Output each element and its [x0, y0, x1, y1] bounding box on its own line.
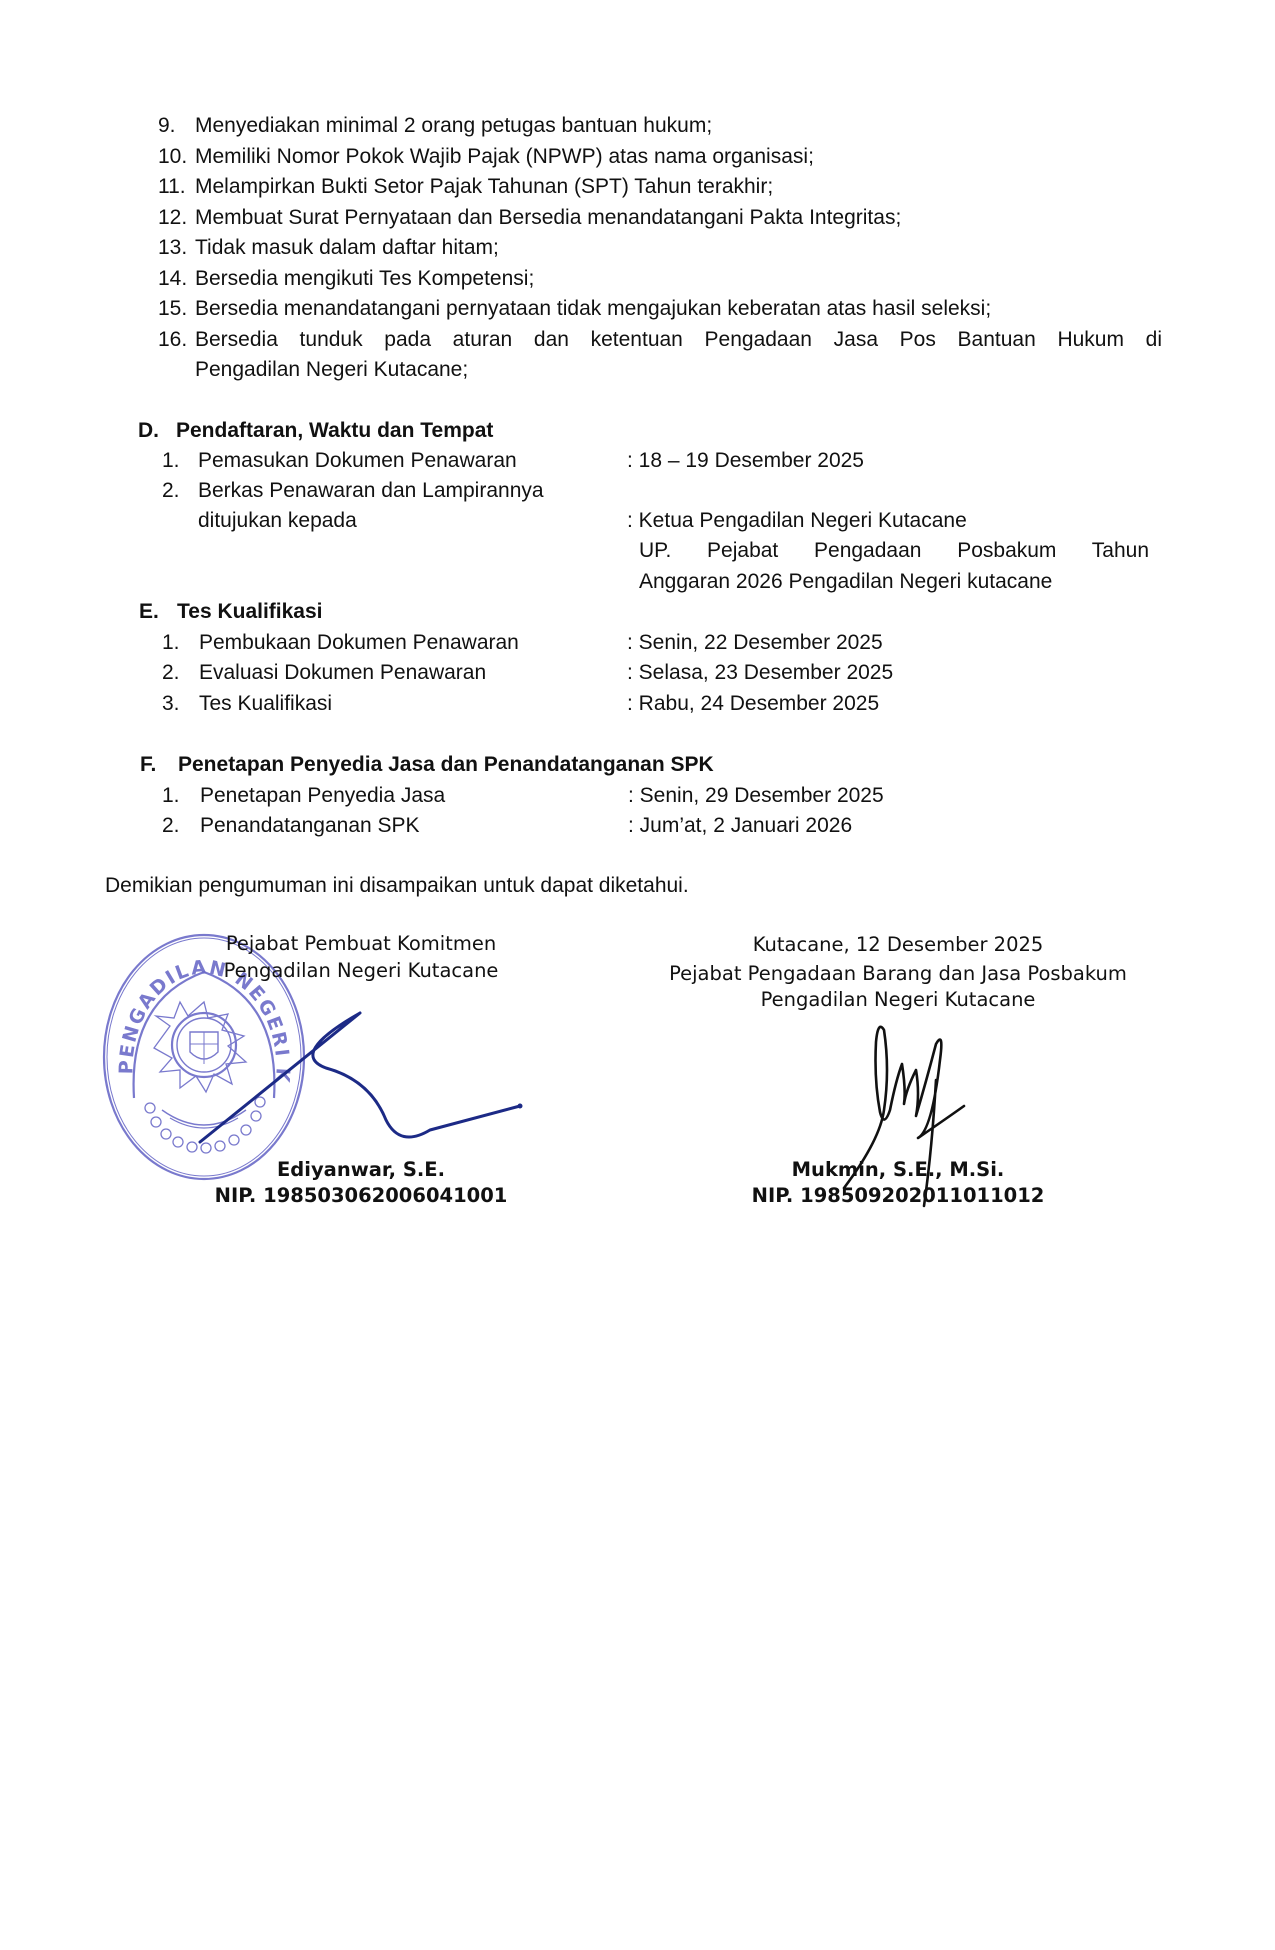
left-signatory-title: Pejabat Pembuat Komitmen [211, 931, 511, 957]
row-value: : Rabu, 24 Desember 2025 [627, 691, 879, 717]
right-signatory-title: Pejabat Pengadaan Barang dan Jasa Posbak… [648, 961, 1148, 987]
row-value: : Senin, 22 Desember 2025 [627, 630, 883, 656]
row-value-line2: UP. Pejabat Pengadaan Posbakum Tahun [639, 538, 1149, 564]
requirement-item-continuation: Pengadilan Negeri Kutacane; [195, 357, 468, 383]
right-signatory-office: Pengadilan Negeri Kutacane [648, 987, 1148, 1013]
left-signatory-nip: NIP. 198503062006041001 [161, 1183, 561, 1209]
row-label: Pemasukan Dokumen Penawaran [198, 448, 517, 474]
row-number: 3. [162, 691, 180, 717]
row-number: 1. [162, 783, 180, 809]
item-number: 16. [158, 327, 187, 353]
requirement-item: Melampirkan Bukti Setor Pajak Tahunan (S… [195, 174, 773, 200]
row-label: Evaluasi Dokumen Penawaran [199, 660, 486, 686]
row-label: Tes Kualifikasi [199, 691, 332, 717]
row-label: Berkas Penawaran dan Lampirannya [198, 478, 544, 504]
item-number: 11. [158, 174, 186, 200]
requirement-item: Bersedia tunduk pada aturan dan ketentua… [195, 327, 1162, 353]
place-and-date: Kutacane, 12 Desember 2025 [648, 932, 1148, 958]
requirement-item: Tidak masuk dalam daftar hitam; [195, 235, 499, 261]
item-number: 9. [158, 113, 176, 139]
row-label-line2: ditujukan kepada [198, 508, 357, 534]
left-signatory-office: Pengadilan Negeri Kutacane [211, 958, 511, 984]
section-letter: F. [140, 752, 156, 778]
row-label: Penandatanganan SPK [200, 813, 420, 839]
section-title: Penetapan Penyedia Jasa dan Penandatanga… [178, 752, 714, 778]
left-signature-icon [180, 1010, 540, 1150]
row-value: : 18 – 19 Desember 2025 [627, 448, 864, 474]
row-label: Penetapan Penyedia Jasa [200, 783, 445, 809]
requirement-item: Bersedia mengikuti Tes Kompetensi; [195, 266, 534, 292]
row-number: 2. [162, 813, 180, 839]
right-signatory-nip: NIP. 198509202011011012 [698, 1183, 1098, 1209]
row-value: : Selasa, 23 Desember 2025 [627, 660, 893, 686]
item-number: 13. [158, 235, 187, 261]
row-number: 1. [162, 630, 180, 656]
item-number: 10. [158, 144, 187, 170]
row-value: : Senin, 29 Desember 2025 [628, 783, 884, 809]
right-signatory-name: Mukmin, S.E., M.Si. [748, 1157, 1048, 1183]
requirement-item: Membuat Surat Pernyataan dan Bersedia me… [195, 205, 901, 231]
row-value-line3: Anggaran 2026 Pengadilan Negeri kutacane [639, 569, 1052, 595]
section-title: Pendaftaran, Waktu dan Tempat [176, 418, 493, 444]
row-value: : Ketua Pengadilan Negeri Kutacane [627, 508, 967, 534]
item-number: 12. [158, 205, 187, 231]
section-title: Tes Kualifikasi [177, 599, 323, 625]
item-number: 14. [158, 266, 187, 292]
closing-statement: Demikian pengumuman ini disampaikan untu… [105, 873, 689, 899]
row-value: : Jum’at, 2 Januari 2026 [628, 813, 852, 839]
requirement-item: Memiliki Nomor Pokok Wajib Pajak (NPWP) … [195, 144, 814, 170]
requirement-item: Menyediakan minimal 2 orang petugas bant… [195, 113, 712, 139]
left-signatory-name: Ediyanwar, S.E. [211, 1157, 511, 1183]
row-number: 2. [162, 660, 180, 686]
row-label: Pembukaan Dokumen Penawaran [199, 630, 519, 656]
requirement-item: Bersedia menandatangani pernyataan tidak… [195, 296, 991, 322]
row-number: 2. [162, 478, 180, 504]
item-number: 15. [158, 296, 187, 322]
section-letter: D. [138, 418, 159, 444]
row-number: 1. [162, 448, 180, 474]
section-letter: E. [139, 599, 159, 625]
